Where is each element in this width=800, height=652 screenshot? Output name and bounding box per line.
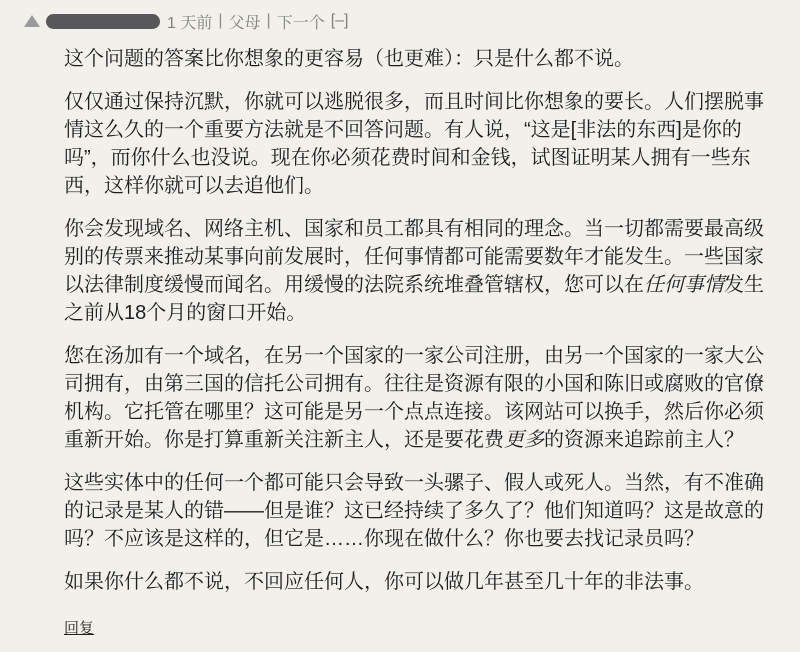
collapse-toggle[interactable]: [–] xyxy=(331,12,349,30)
header-separator: | xyxy=(218,12,222,30)
comment-paragraph: 你会发现域名、网络主机、国家和员工都具有相同的理念。当一切都需要最高级别的传票来… xyxy=(64,215,780,327)
comment-paragraph: 如果你什么都不说，不回应任何人，你可以做几年甚至几十年的非法事。 xyxy=(64,568,780,596)
comment-paragraphs: 这个问题的答案比你想象的更容易（也更难）：只是什么都不说。仅仅通过保持沉默，你就… xyxy=(24,32,800,596)
redacted-username[interactable] xyxy=(46,14,160,29)
header-separator: | xyxy=(267,12,271,30)
reply-link[interactable]: 回复 xyxy=(64,620,94,637)
comment-age-link[interactable]: 1 天前 xyxy=(167,10,212,33)
paragraph-text: 仅仅通过保持沉默，你就可以逃脱很多，而且时间比你想象的要长。人们摆脱事情这么久的… xyxy=(64,91,764,197)
paragraph-text: 这个问题的答案比你想象的更容易（也更难）：只是什么都不说。 xyxy=(64,48,634,70)
comment-paragraph: 仅仅通过保持沉默，你就可以逃脱很多，而且时间比你想象的要长。人们摆脱事情这么久的… xyxy=(64,88,780,200)
paragraph-text: 的资源来追踪前主人？ xyxy=(544,429,744,451)
comment-paragraph: 这个问题的答案比你想象的更容易（也更难）：只是什么都不说。 xyxy=(64,45,780,73)
comment-paragraph: 这些实体中的任何一个都可能只会导致一头骡子、假人或死人。当然，有不准确的记录是某… xyxy=(64,469,780,553)
paragraph-text: 这些实体中的任何一个都可能只会导致一头骡子、假人或死人。当然，有不准确的记录是某… xyxy=(64,472,764,550)
paragraph-text: 如果你什么都不说，不回应任何人，你可以做几年甚至几十年的非法事。 xyxy=(64,571,704,593)
comment-paragraph: 您在汤加有一个域名，在另一个国家的一家公司注册，由另一个国家的一家大公司拥有，由… xyxy=(64,342,780,454)
emphasized-text: 更多 xyxy=(504,429,544,451)
next-link[interactable]: 下一个 xyxy=(277,10,325,33)
comment-header: 1 天前 | 父母 | 下一个 [–] xyxy=(24,10,800,32)
emphasized-text: 任何事情 xyxy=(644,274,724,296)
parent-link[interactable]: 父母 xyxy=(229,10,261,33)
comment-thread: 1 天前 | 父母 | 下一个 [–] 这个问题的答案比你想象的更容易（也更难）… xyxy=(0,0,800,638)
upvote-icon[interactable] xyxy=(24,15,40,27)
reply-row: 回复 xyxy=(24,611,800,638)
